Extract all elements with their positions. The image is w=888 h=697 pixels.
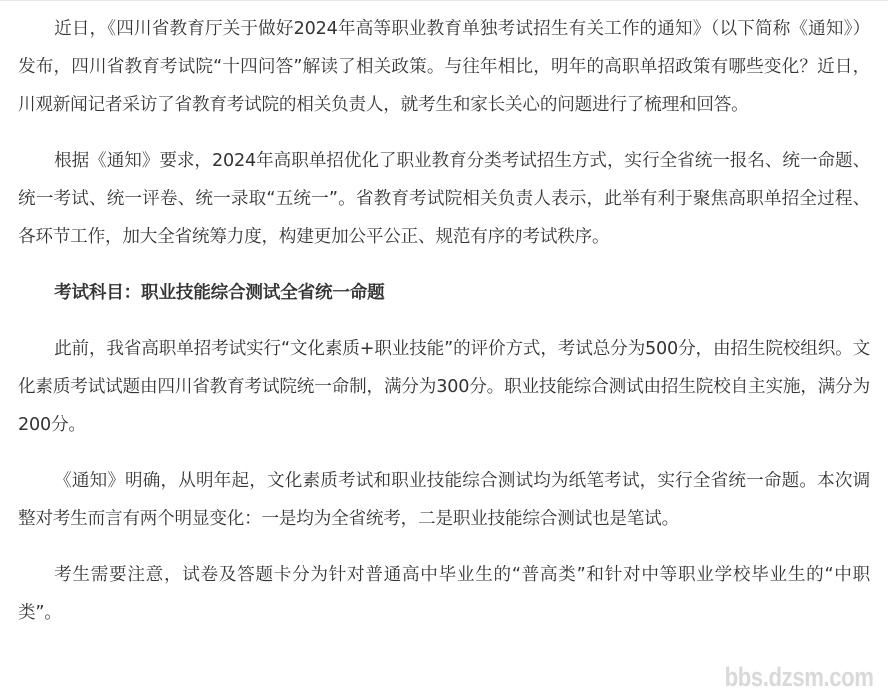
paragraph-intro: 近日，《四川省教育厅关于做好2024年高等职业教育单独考试招生有关工作的通知》（… [18, 10, 870, 124]
paragraph-previous-policy: 此前，我省高职单招考试实行“文化素质+职业技能”的评价方式，考试总分为500分，… [18, 330, 870, 444]
article-body: 近日，《四川省教育厅关于做好2024年高等职业教育单独考试招生有关工作的通知》（… [18, 10, 870, 650]
top-divider [0, 0, 888, 4]
section-heading-exam-subjects: 考试科目：职业技能综合测试全省统一命题 [18, 274, 870, 312]
paragraph-notice-requirements: 根据《通知》要求，2024年高职单招优化了职业教育分类考试招生方式，实行全省统一… [18, 142, 870, 256]
paragraph-exam-categories: 考生需要注意，试卷及答题卡分为针对普通高中毕业生的“普高类”和针对中等职业学校毕… [18, 556, 870, 632]
site-watermark: bbs.dzsm.com [725, 662, 874, 693]
paragraph-new-policy: 《通知》明确，从明年起，文化素质考试和职业技能综合测试均为纸笔考试，实行全省统一… [18, 462, 870, 538]
